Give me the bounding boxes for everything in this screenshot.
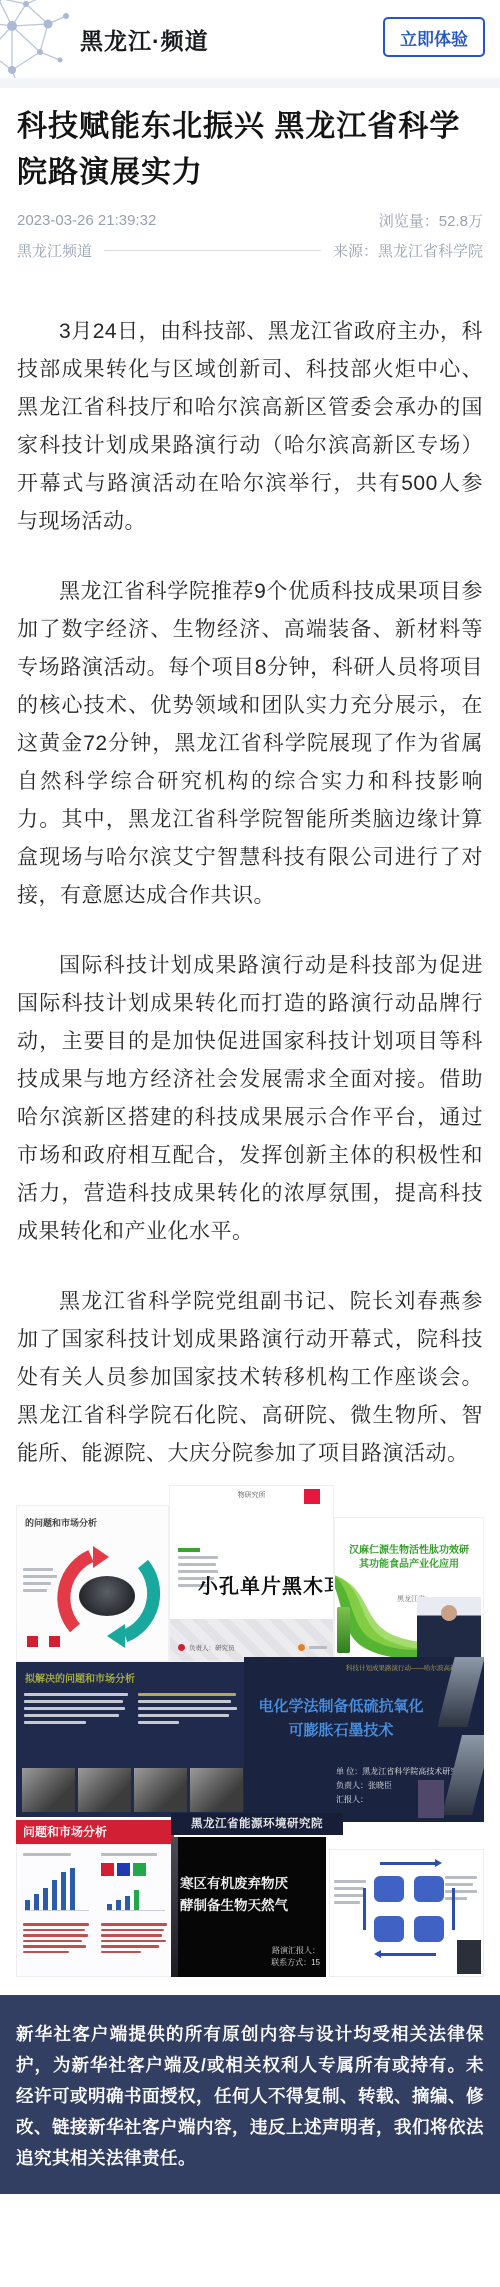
cycle-diagram: [372, 1872, 446, 1946]
article-meta: 2023-03-26 21:39:32 浏览量：52.8万 黑龙江频道 来源：黑…: [0, 196, 500, 261]
channel-name[interactable]: 黑龙江频道: [17, 240, 92, 261]
city-photo-strip: [438, 1657, 484, 1822]
paragraph: 黑龙江省科学院党组副书记、院长刘春燕参加了国家科技计划成果路演行动开幕式，院科技…: [17, 1283, 483, 1473]
red-square-mark: [304, 1489, 320, 1504]
meta-divider-line: [104, 250, 321, 251]
slide-text-lines: [445, 1876, 479, 1904]
slide-image-biogas-charts[interactable]: [16, 1844, 174, 1977]
red-text-block: [101, 1923, 167, 1956]
red-text-block: [23, 1923, 89, 1956]
view-count: 浏览量：52.8万: [379, 210, 483, 231]
slide-footer-band: 负责人：研究员: [170, 1619, 333, 1661]
product-pack-graphic: [337, 1607, 350, 1653]
slide-title: 寒区有机废弃物厌: [180, 1873, 288, 1895]
speaker-photo: [417, 1597, 481, 1659]
slide-image-hemp-peptide[interactable]: 汉麻仁源生物活性肽功效研 其功能食品产业化应用 黑龙江省: [334, 1517, 484, 1662]
network-globe-logo: [0, 0, 78, 78]
article-body: 3月24日，由科技部、黑龙江省政府主办，科技部成果转化与区域创新司、科技部火炬中…: [0, 261, 500, 1473]
slide-title: 其功能食品产业化应用: [335, 1558, 483, 1572]
contact-lines: 路演汇报人： 联系方式：15: [271, 1945, 320, 1969]
header-divider: [0, 78, 500, 88]
slide-text-lines: [16, 1693, 249, 1728]
slide-title: 汉麻仁源生物活性肽功效研: [335, 1544, 483, 1558]
channel-title: 黑龙江·频道: [80, 23, 209, 56]
paragraph: 黑龙江省科学院推荐9个优质科技成果项目参加了数字经济、生物经济、高端装备、新材料…: [17, 573, 483, 915]
copyright-footer: 新华社客户端提供的所有原创内容与设计均受相关法律保护，为新华社客户端及/或相关权…: [0, 1995, 500, 2194]
speaker-photo: [457, 1940, 481, 1974]
photo-strip: [171, 1837, 178, 1977]
slide-image-process-diagram[interactable]: [329, 1849, 484, 1977]
slide-caption: 的问题和市场分析: [25, 1516, 168, 1529]
bar-chart: [25, 1867, 89, 1911]
speaker-photo: [418, 1780, 444, 1818]
app-header: 黑龙江·频道 立即体验: [0, 0, 500, 78]
roadshow-photo-collage: 的问题和市场分析 物研究所: [16, 1505, 484, 1977]
source-label: 来源：黑龙江省科学院: [333, 240, 483, 261]
slide-title: 电化学法制备低硫抗氧化: [244, 1695, 438, 1719]
presenter-label: 负责人：研究员: [189, 1643, 235, 1652]
slide-photo-ellipse: [79, 1576, 135, 1616]
slide-title: 可膨胀石墨技术: [244, 1719, 438, 1743]
cta-button[interactable]: 立即体验: [383, 17, 485, 57]
copyright-text: 新华社客户端提供的所有原创内容与设计均受相关法律保护，为新华社客户端及/或相关权…: [16, 2019, 484, 2174]
slide-image-fungus-strain[interactable]: 物研究所 小孔单片黑木耳菌种 负责人：研究员: [169, 1485, 334, 1662]
slide-image-graphite-analysis[interactable]: 拟解决的问题和市场分析: [16, 1662, 249, 1817]
slide-title: 拟解决的问题和市场分析: [25, 1670, 249, 1685]
graphite-photos-strip: [22, 1768, 246, 1812]
bar-chart: [107, 1883, 165, 1911]
chart-legend-squares: [101, 1863, 149, 1876]
slide-image-market-analysis[interactable]: 的问题和市场分析: [16, 1505, 169, 1662]
paragraph: 3月24日，由科技部、黑龙江省政府主办，科技部成果转化与区域创新司、科技部火炬中…: [17, 313, 483, 541]
red-icon-box: [27, 1636, 38, 1647]
slide-image-cold-region-biogas[interactable]: 寒区有机废弃物厌 酵制备生物天然气 路演汇报人： 联系方式：15: [171, 1837, 326, 1977]
article-title: 科技赋能东北振兴 黑龙江省科学院路演展实力: [0, 88, 500, 196]
red-icon-box: [49, 1636, 60, 1647]
energy-institute-banner[interactable]: 黑龙江省能源环境研究院: [171, 1813, 343, 1835]
slide-title: 酵制备生物天然气: [180, 1895, 288, 1917]
slide-title: 小孔单片黑木耳菌种: [198, 1570, 334, 1599]
red-banner-market-analysis[interactable]: 问题和市场分析: [16, 1820, 174, 1844]
app-page: 黑龙江·频道 立即体验 科技赋能东北振兴 黑龙江省科学院路演展实力 2023-0…: [0, 0, 500, 2194]
slide-text-lines: [23, 1568, 57, 1596]
paragraph: 国际科技计划成果路演行动是科技部为促进国际科技计划成果转化而打造的路演行动品牌行…: [17, 947, 483, 1251]
slide-image-expandable-graphite[interactable]: 科技计划成果路演行动——哈尔滨高新区专场 电化学法制备低硫抗氧化 可膨胀石墨技术…: [244, 1657, 484, 1822]
publish-date: 2023-03-26 21:39:32: [17, 212, 156, 229]
